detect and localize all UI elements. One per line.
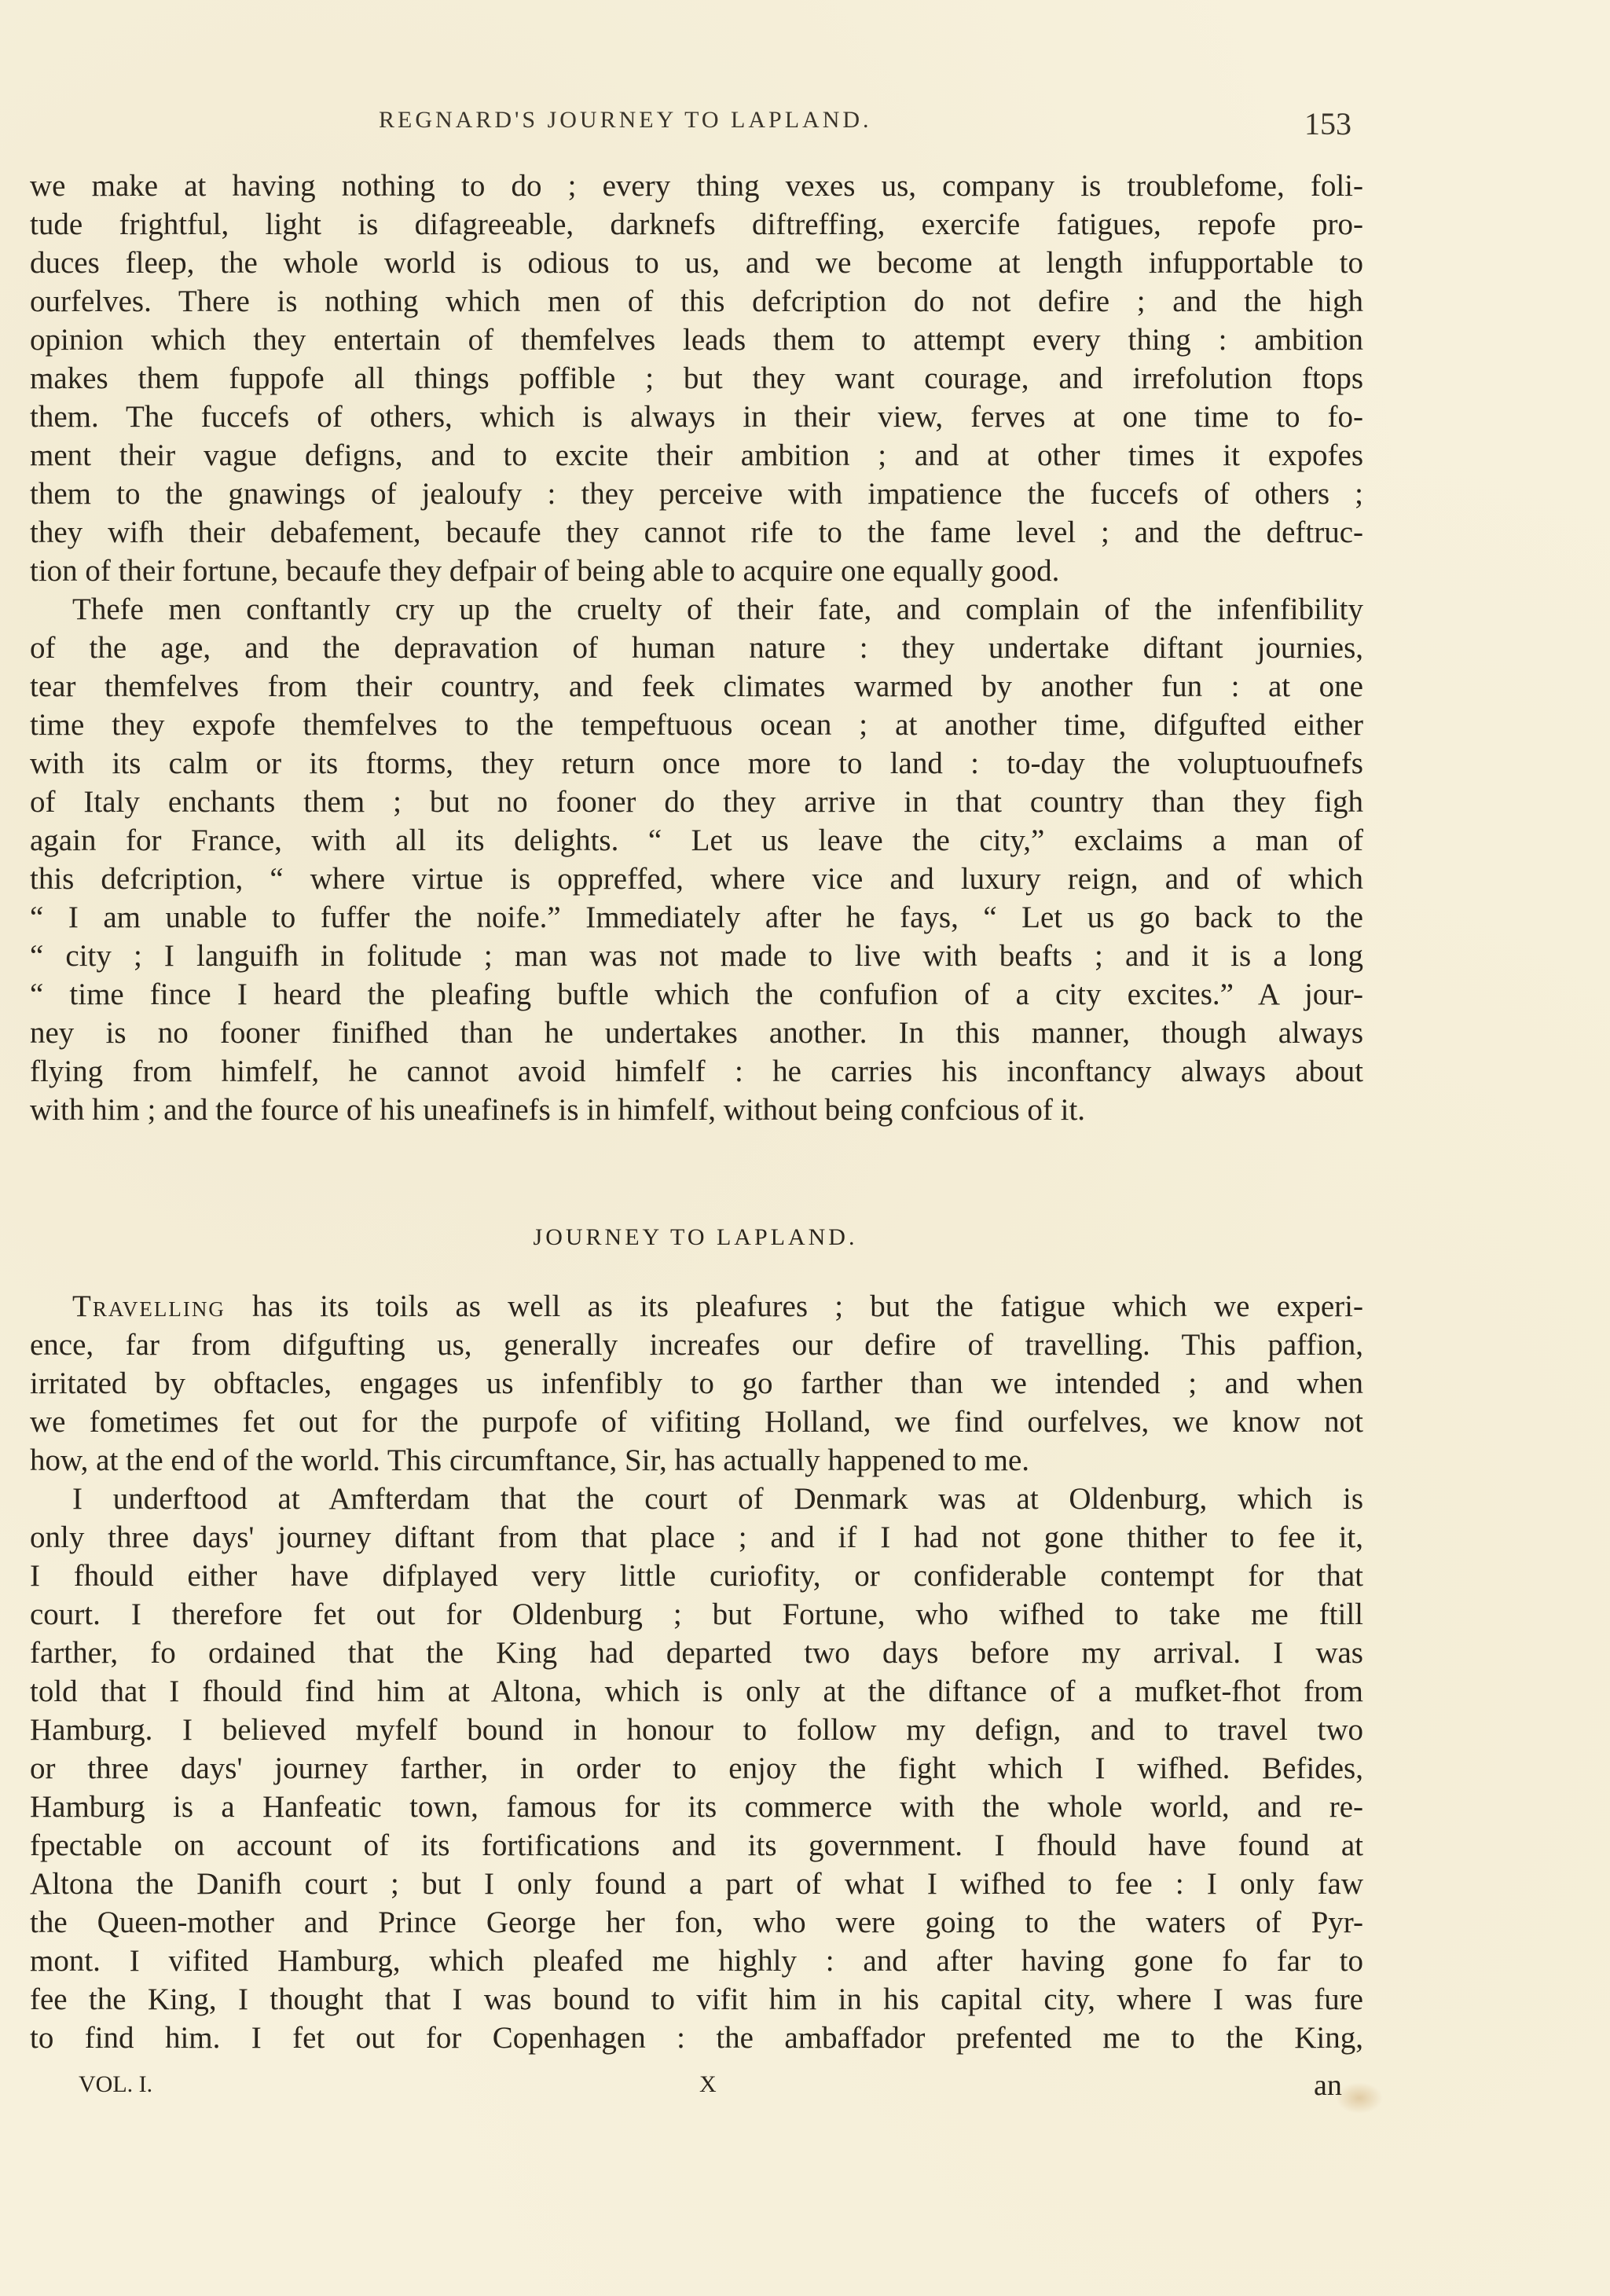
text-line: fpectable on account of its fortificatio… — [30, 1826, 1363, 1865]
text-line: they wifh their debafement, becaufe they… — [30, 513, 1363, 552]
running-title: REGNARD'S JOURNEY TO LAPLAND. — [379, 107, 872, 134]
text-line: flying from himfelf, he cannot avoid him… — [30, 1052, 1363, 1091]
text-line: mont. I vifited Hamburg, which pleafed m… — [30, 1942, 1363, 1980]
text-line: we make at having nothing to do ; every … — [30, 167, 1363, 205]
text-line: Thefe men conftantly cry up the cruelty … — [72, 590, 1363, 629]
text-line: with him ; and the fource of his uneafin… — [30, 1091, 1363, 1129]
text-line: the Queen-mother and Prince George her f… — [30, 1903, 1363, 1942]
text-line: with its calm or its ftorms, they return… — [30, 744, 1363, 783]
text-line: time they expofe themfelves to the tempe… — [30, 706, 1363, 744]
text-line: Hamburg. I believed myfelf bound in hono… — [30, 1711, 1363, 1749]
text-line: only three days' journey diftant from th… — [30, 1518, 1363, 1557]
text-line: ence, far from difgufting us, generally … — [30, 1326, 1363, 1364]
text-line: farther, fo ordained that the King had d… — [30, 1634, 1363, 1672]
text-line: we fometimes fet out for the purpofe of … — [30, 1403, 1363, 1441]
text-line: of the age, and the depravation of human… — [30, 629, 1363, 667]
text-line: “ I am unable to fuffer the noife.” Imme… — [30, 898, 1363, 937]
text-line: opinion which they entertain of themfelv… — [30, 321, 1363, 359]
text-line: fee the King, I thought that I was bound… — [30, 1980, 1363, 2019]
text-line: them to the gnawings of jealoufy : they … — [30, 475, 1363, 513]
text-line: Travelling has its toils as well as its … — [72, 1287, 1363, 1326]
text-line: makes them fuppofe all things poffible ;… — [30, 359, 1363, 398]
text-line: court. I therefore fet out for Oldenburg… — [30, 1595, 1363, 1634]
text-line: ment their vague defigns, and to excite … — [30, 436, 1363, 475]
page-footer: VOL. I. X an — [0, 2071, 1414, 2111]
text-line: them. The fuccefs of others, which is al… — [30, 398, 1363, 436]
text-line: or three days' journey farther, in order… — [30, 1749, 1363, 1788]
text-line: I fhould either have difplayed very litt… — [30, 1557, 1363, 1595]
text-line: again for France, with all its delights.… — [30, 821, 1363, 860]
text-line: to find him. I fet out for Copenhagen : … — [30, 2019, 1363, 2057]
text-line: irritated by obftacles, engages us infen… — [30, 1364, 1363, 1403]
text-line: how, at the end of the world. This circu… — [30, 1441, 1363, 1480]
book-page: REGNARD'S JOURNEY TO LAPLAND. 153 we mak… — [0, 0, 1610, 2296]
volume-label: VOL. I. — [79, 2071, 152, 2098]
lead-smallcaps: Travelling — [72, 1289, 226, 1323]
text-line: this defcription, “ where virtue is oppr… — [30, 860, 1363, 898]
running-head: REGNARD'S JOURNEY TO LAPLAND. 153 — [0, 107, 1391, 146]
text-line: ourfelves. There is nothing which men of… — [30, 282, 1363, 321]
signature-mark: X — [699, 2071, 717, 2098]
text-line: tude frightful, light is difagreeable, d… — [30, 205, 1363, 244]
text-line: ney is no fooner finifhed than he undert… — [30, 1014, 1363, 1052]
text-line: told that I fhould find him at Altona, w… — [30, 1672, 1363, 1711]
text-line: of Italy enchants them ; but no fooner d… — [30, 783, 1363, 821]
paper-stain — [1336, 2082, 1383, 2114]
text-line: tear themfelves from their country, and … — [30, 667, 1363, 706]
page-number: 153 — [1304, 105, 1351, 142]
text-line: Altona the Danifh court ; but I only fou… — [30, 1865, 1363, 1903]
text-line: “ city ; I languifh in folitude ; man wa… — [30, 937, 1363, 975]
text-line: “ time fince I heard the pleafing buftle… — [30, 975, 1363, 1014]
text-line: tion of their fortune, becaufe they defp… — [30, 552, 1363, 590]
text-line: I underftood at Amfterdam that the court… — [72, 1480, 1363, 1518]
text-line-rest: has its toils as well as its pleafures ;… — [226, 1289, 1363, 1323]
section-heading: JOURNEY TO LAPLAND. — [0, 1224, 1391, 1251]
text-line: duces fleep, the whole world is odious t… — [30, 244, 1363, 282]
text-line: Hamburg is a Hanfeatic town, famous for … — [30, 1788, 1363, 1826]
